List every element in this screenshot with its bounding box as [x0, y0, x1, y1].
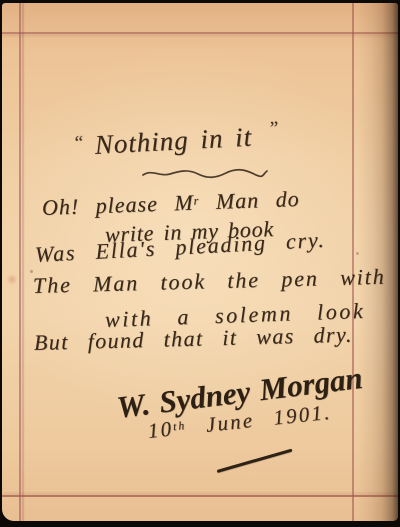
- margin-rule-left: [19, 3, 21, 521]
- album-page: “Nothing in it” Oh! please Mr Man do wri…: [2, 3, 398, 521]
- page-title: “Nothing in it”: [72, 120, 280, 162]
- squiggle-underline: [140, 165, 270, 181]
- poem-line-4: The Man took the pen with: [33, 264, 386, 299]
- margin-rule-top: [2, 32, 398, 34]
- page-edge-shadow: [358, 3, 398, 521]
- page-title-text: Nothing in it: [94, 122, 253, 160]
- poem-line-6: But found that it was dry.: [34, 322, 353, 356]
- margin-rule-right: [352, 3, 354, 521]
- poem-line-1-start: Oh! please M: [42, 190, 195, 220]
- date-day: 10: [147, 416, 175, 443]
- ordinal-suffix: th: [172, 420, 187, 433]
- open-quote-mark: “: [72, 132, 85, 154]
- poem-line-1-end: Man do: [199, 186, 300, 214]
- close-quote-mark: ”: [267, 118, 280, 140]
- pink-stain: [6, 274, 18, 285]
- scanned-photo: “Nothing in it” Oh! please Mr Man do wri…: [0, 0, 400, 527]
- foxing-speck: [356, 252, 359, 255]
- margin-rule-bottom: [2, 495, 398, 497]
- superscript-r: r: [193, 193, 199, 207]
- signature-flourish-line: [217, 449, 293, 473]
